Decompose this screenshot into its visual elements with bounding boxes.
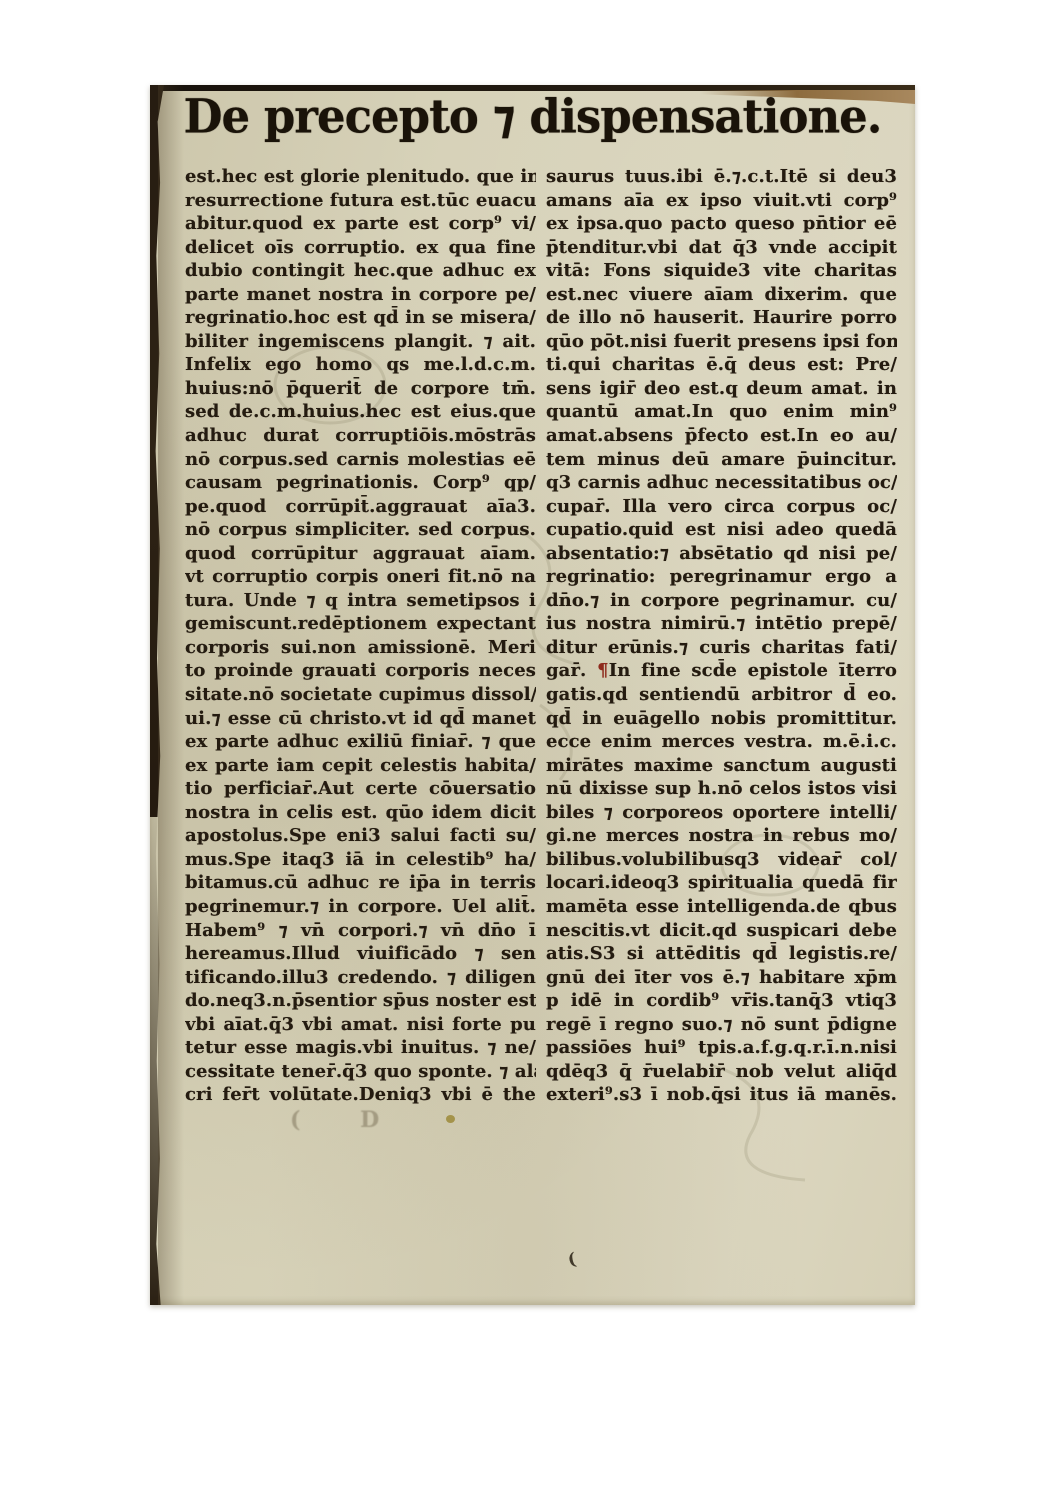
text-line: do.neq3.n.p̄sentior sp̄us noster est (185, 989, 536, 1013)
text-line: dubio contingit hec.que adhuc ex (185, 259, 536, 283)
text-line: tem minus deū amare p̄uincitur. (546, 448, 897, 472)
text-line: bitamus.cū adhuc re ip̄a in terris (185, 871, 536, 895)
text-line: vbi aīat.q̄3 vbi amat. nisi forte pu (185, 1013, 536, 1037)
text-line: vt corruptio corpis oneri fit.nō na (185, 565, 536, 589)
text-line: gi.ne merces nostra in rebus mo/ (546, 824, 897, 848)
text-line: resurrectione futura est.tūc euacu (185, 189, 536, 213)
text-line: tio perficiar̄.Aut certe cōuersatio (185, 777, 536, 801)
text-line: abitur.quod ex parte est corp⁹ vi/ (185, 212, 536, 236)
text-line: regrinatio: peregrinamur ergo a (546, 565, 897, 589)
text-line: absentatio:⁊ absētatio qd nisi pe/ (546, 542, 897, 566)
text-line: nō corpus.sed carnis molestias eē (185, 448, 536, 472)
text-line: ditur erūnis.⁊ curis charitas fati/ (546, 636, 897, 660)
text-line: adhuc durat corruptiōis.mōstrās (185, 424, 536, 448)
left-column: est.hec est glorie plenitudo. que inresu… (185, 165, 536, 1107)
text-line: ex parte adhuc exiliū finiar̄. ⁊ que (185, 730, 536, 754)
right-column: saurus tuus.ibi ē.⁊.c.t.Itē si deu3amans… (546, 165, 897, 1107)
text-line: pegrinemur.⁊ in corpore. Uel alit̄. (185, 895, 536, 919)
text-line: regē ī regno suo.⁊ nō sunt p̄digne (546, 1013, 897, 1037)
text-line: delicet oīs corruptio. ex qua fine (185, 236, 536, 260)
text-line: hereamus.Illud viuificādo ⁊ sen (185, 942, 536, 966)
text-line: ti.qui charitas ē.q̄ deus est: Pre/ (546, 353, 897, 377)
text-line: gar̄. ¶In fine scd̄e epistole īterro (546, 659, 897, 683)
text-line: qūo pōt.nisi fuerit presens ipsi fon (546, 330, 897, 354)
text-line: gemiscunt.redēptionem expectant (185, 612, 536, 636)
rubric-pilcrow: ¶ (597, 660, 609, 681)
text-line: sitate.nō societate cupimus dissol/ (185, 683, 536, 707)
text-line: mus.Spe itaq3 iā in celestib⁹ ha/ (185, 848, 536, 872)
text-line: apostolus.Spe eni3 salui facti su/ (185, 824, 536, 848)
page-heading: De precepto ⁊ dispensatione. (150, 91, 915, 142)
text-line: tura. Unde ⁊ q intra semetipsos i (185, 589, 536, 613)
text-line: sens igir̄ deo est.q deum amat. in (546, 377, 897, 401)
text-line: quantū amat.In quo enim min⁹ (546, 400, 897, 424)
text-line: tetur esse magis.vbi inuitus. ⁊ ne/ (185, 1036, 536, 1060)
text-line: p idē in cordib⁹ vr̄is.tanq̄3 vtiq3 (546, 989, 897, 1013)
text-line: to proinde grauati corporis neces (185, 659, 536, 683)
text-line: cri fer̄t volūtate.Deniq3 vbi ē the (185, 1083, 536, 1107)
text-line: ius nostra nimirū.⁊ intētio prepē/ (546, 612, 897, 636)
text-line: ex parte iam cepit celestis habita/ (185, 754, 536, 778)
text-line: nescitis.vt dicit.qd suspicari debe (546, 919, 897, 943)
text-line: causam pegrinationis. Corp⁹ qp/ (185, 471, 536, 495)
text-line: locari.ideoq3 spiritualia quedā fir (546, 871, 897, 895)
text-line: qdēq3 q̄ r̄uelabir̄ nob velut aliq̄d (546, 1060, 897, 1084)
text-line: quod corrūpitur aggrauat aīam. (185, 542, 536, 566)
text-line: passiōes hui⁹ tpis.a.f.g.q.r.ī.n.nisi (546, 1036, 897, 1060)
text-line: vitā: Fons siquide3 vite charitas (546, 259, 897, 283)
faint-offset-mark: ( D (290, 1107, 430, 1133)
text-line: nū dixisse sup h.nō celos istos visi (546, 777, 897, 801)
text-line: dn̄o.⁊ in corpore pegrinamur. cu/ (546, 589, 897, 613)
text-line: Infelix ego homo qs me.l.d.c.m. (185, 353, 536, 377)
text-line: gnū dei īter vos ē.⁊ habitare xp̄m (546, 966, 897, 990)
text-line: ex ipsa.quo pacto queso pn̄tior eē (546, 212, 897, 236)
text-line: cessitate tener̄.q̄3 quo sponte. ⁊ ala (185, 1060, 536, 1084)
text-line: exteri⁹.s3 ī nob.q̄si itus iā manēs. (546, 1083, 897, 1107)
text-line: ecce enim merces vestra. m.ē.i.c. (546, 730, 897, 754)
text-line: biles ⁊ corporeos oportere intelli/ (546, 801, 897, 825)
text-line: ui.⁊ esse cū christo.vt id qd̄ manet (185, 707, 536, 731)
text-columns: est.hec est glorie plenitudo. que inresu… (185, 165, 897, 1107)
text-line: est.nec viuere aīam dixerim. que (546, 283, 897, 307)
text-line: p̄tenditur.vbi dat q̄3 vnde accipit (546, 236, 897, 260)
binding-edge-shadow (158, 85, 184, 1305)
text-line: mamēta esse intelligenda.de qbus (546, 895, 897, 919)
text-line: est.hec est glorie plenitudo. que in (185, 165, 536, 189)
text-line: tificando.illu3 credendo. ⁊ diligen (185, 966, 536, 990)
text-line: q3 carnis adhuc necessitatibus oc/ (546, 471, 897, 495)
text-line: gatis.qd sentiendū arbitror d̄ eo. (546, 683, 897, 707)
text-line: sed de.c.m.huius.hec est eius.que (185, 400, 536, 424)
text-line: biliter ingemiscens plangit. ⁊ ait. (185, 330, 536, 354)
text-line: cupar̄. Illa vero circa corpus oc/ (546, 495, 897, 519)
text-line: atis.S3 si attēditis qd̄ legistis.re/ (546, 942, 897, 966)
text-line: corporis sui.non amissionē. Meri (185, 636, 536, 660)
text-line: amans aīa ex ipso viuit.vti corp⁹ (546, 189, 897, 213)
scanned-book-page: De precepto ⁊ dispensatione. est.hec est… (150, 85, 915, 1305)
text-line: nō corpus simpliciter. sed corpus. (185, 518, 536, 542)
text-line: bilibus.volubilibusq3 videar̄ col/ (546, 848, 897, 872)
text-line: amat.absens p̄fecto est.In eo au/ (546, 424, 897, 448)
text-line: mirātes maxime sanctum augusti (546, 754, 897, 778)
text-line: parte manet nostra in corpore pe/ (185, 283, 536, 307)
text-line: Habem⁹ ⁊ vn̄ corpori.⁊ vn̄ dn̄o ī (185, 919, 536, 943)
text-line: qd̄ in euāgello nobis promittitur. (546, 707, 897, 731)
text-line: pe.quod corrūpit̄.aggrauat aīa3. (185, 495, 536, 519)
ink-speck: ( (566, 1249, 578, 1270)
text-line: saurus tuus.ibi ē.⁊.c.t.Itē si deu3 (546, 165, 897, 189)
text-line: cupatio.quid est nisi adeo quedā (546, 518, 897, 542)
text-line: nostra in celis est. qūo idem dicit (185, 801, 536, 825)
text-line: de illo nō hauserit. Haurire porro (546, 306, 897, 330)
text-line: regrinatio.hoc est qd̄ in se misera/ (185, 306, 536, 330)
paper-stain-dot (446, 1115, 455, 1123)
text-line: huius:nō p̄querit̄ de corpore tm̄. (185, 377, 536, 401)
